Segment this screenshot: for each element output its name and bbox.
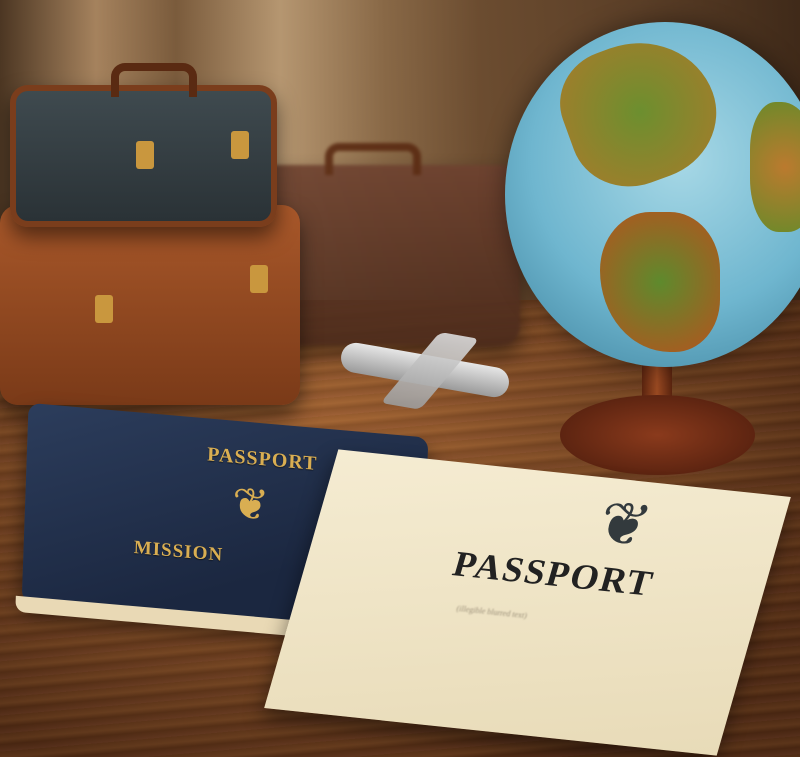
fine-print: (illegible blurred text) <box>455 603 677 638</box>
large-suitcase <box>0 205 300 405</box>
latch <box>136 141 154 169</box>
travel-scene: PASSPORT ❦ MISSION ❦ PASSPORT (illegible… <box>0 0 800 757</box>
africa <box>750 102 800 232</box>
paper-passport: ❦ PASSPORT (illegible blurred text) <box>264 449 791 755</box>
gold-eagle-icon: ❦ <box>200 476 302 535</box>
suitcase-handle <box>111 63 197 97</box>
latch <box>95 295 113 323</box>
suitcase-handle <box>325 143 421 175</box>
south-america <box>600 212 720 352</box>
globe-stand <box>560 395 755 475</box>
blue-passport-subtitle: MISSION <box>133 537 223 567</box>
blue-passport-title: PASSPORT <box>207 443 318 476</box>
small-suitcase <box>10 85 277 227</box>
latch <box>231 131 249 159</box>
latch <box>250 265 268 293</box>
